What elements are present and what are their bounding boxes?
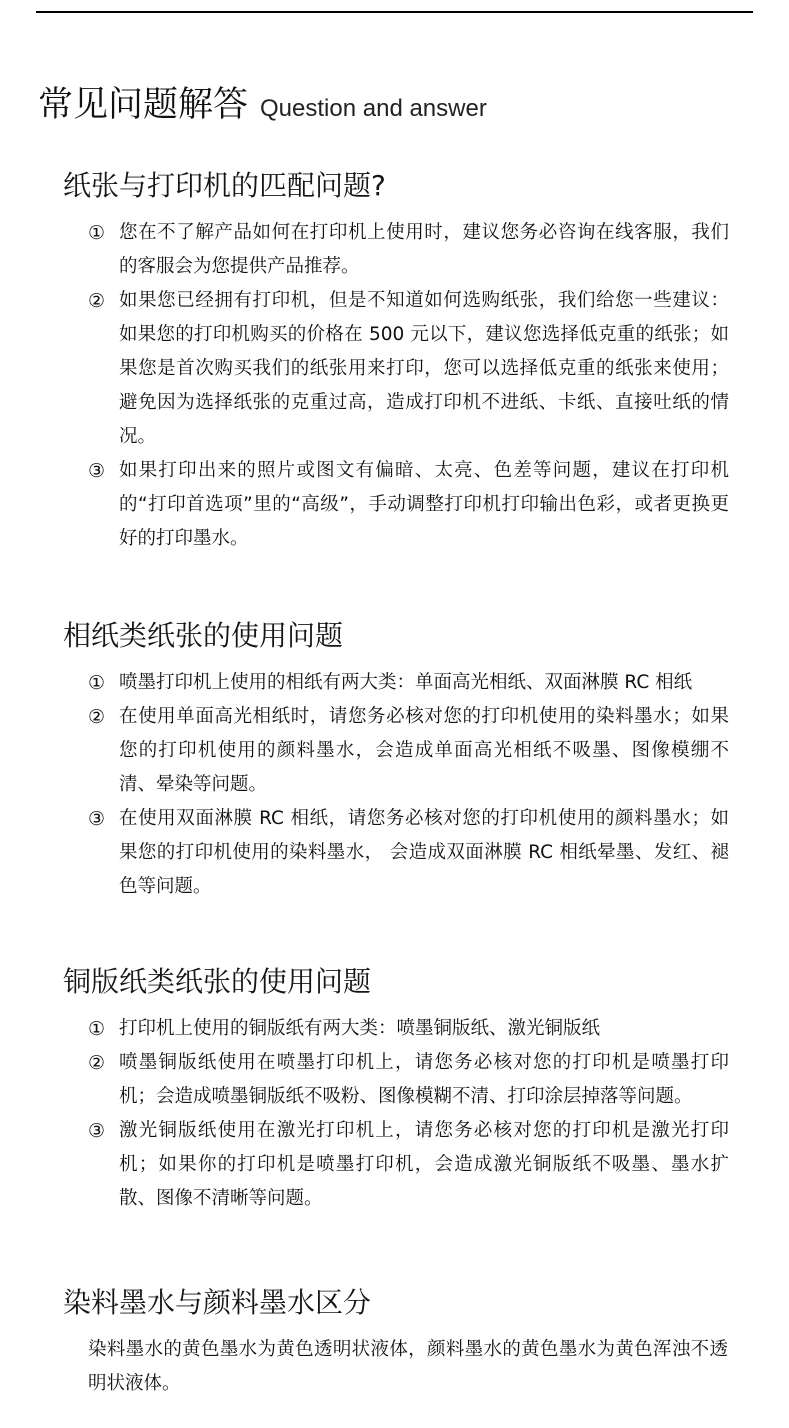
section-heading: 铜版纸类纸张的使用问题 (63, 962, 753, 1002)
faq-item-text: 如果您已经拥有打印机，但是不知道如何选购纸张，我们给您一些建议：如果您的打印机购… (119, 290, 729, 447)
faq-item-text: 您在不了解产品如何在打印机上使用时，建议您务必咨询在线客服，我们的客服会为您提供… (119, 222, 729, 277)
circled-number-3: ③ (88, 1114, 105, 1148)
faq-item-text: 在使用双面淋膜 RC 相纸，请您务必核对您的打印机使用的颜料墨水；如果您的打印机… (119, 808, 729, 897)
circled-number-1: ① (88, 216, 105, 250)
section-heading: 相纸类纸张的使用问题 (63, 616, 753, 656)
page-title-english: Question and answer (260, 95, 487, 122)
faq-item-text: 如果打印出来的照片或图文有偏暗、太亮、色差等问题，建议在打印机的“打印首选项”里… (119, 460, 729, 549)
faq-item-text: 喷墨铜版纸使用在喷墨打印机上，请您务必核对您的打印机是喷墨打印机；会造成喷墨铜版… (119, 1052, 729, 1107)
top-divider-rule (36, 11, 753, 13)
faq-item: ② 喷墨铜版纸使用在喷墨打印机上，请您务必核对您的打印机是喷墨打印机；会造成喷墨… (63, 1046, 729, 1114)
circled-number-1: ① (88, 666, 105, 700)
faq-item: ① 喷墨打印机上使用的相纸有两大类：单面高光相纸、双面淋膜 RC 相纸 (63, 666, 729, 700)
page-title-chinese: 常见问题解答 (38, 85, 248, 125)
section-paragraph: 染料墨水的黄色墨水为黄色透明状液体，颜料墨水的黄色墨水为黄色浑浊不透明状液体。 (63, 1333, 728, 1401)
faq-list: ① 喷墨打印机上使用的相纸有两大类：单面高光相纸、双面淋膜 RC 相纸 ② 在使… (63, 666, 753, 904)
circled-number-2: ② (88, 284, 105, 318)
faq-section-dye-vs-pigment-ink: 染料墨水与颜料墨水区分 染料墨水的黄色墨水为黄色透明状液体，颜料墨水的黄色墨水为… (63, 1283, 753, 1401)
faq-section-coated-paper: 铜版纸类纸张的使用问题 ① 打印机上使用的铜版纸有两大类：喷墨铜版纸、激光铜版纸… (63, 962, 753, 1216)
section-heading: 纸张与打印机的匹配问题? (63, 166, 753, 206)
faq-item: ② 在使用单面高光相纸时，请您务必核对您的打印机使用的染料墨水；如果您的打印机使… (63, 700, 729, 802)
faq-item: ① 打印机上使用的铜版纸有两大类：喷墨铜版纸、激光铜版纸 (63, 1012, 729, 1046)
faq-item: ② 如果您已经拥有打印机，但是不知道如何选购纸张，我们给您一些建议：如果您的打印… (63, 284, 729, 454)
circled-number-1: ① (88, 1012, 105, 1046)
faq-item: ③ 如果打印出来的照片或图文有偏暗、太亮、色差等问题，建议在打印机的“打印首选项… (63, 454, 729, 556)
circled-number-3: ③ (88, 454, 105, 488)
faq-section-photo-paper: 相纸类纸张的使用问题 ① 喷墨打印机上使用的相纸有两大类：单面高光相纸、双面淋膜… (63, 616, 753, 904)
faq-item-text: 打印机上使用的铜版纸有两大类：喷墨铜版纸、激光铜版纸 (119, 1018, 600, 1039)
faq-item-text: 激光铜版纸使用在激光打印机上，请您务必核对您的打印机是激光打印机；如果你的打印机… (119, 1120, 729, 1209)
faq-item: ① 您在不了解产品如何在打印机上使用时，建议您务必咨询在线客服，我们的客服会为您… (63, 216, 729, 284)
faq-list: ① 打印机上使用的铜版纸有两大类：喷墨铜版纸、激光铜版纸 ② 喷墨铜版纸使用在喷… (63, 1012, 753, 1216)
circled-number-3: ③ (88, 802, 105, 836)
circled-number-2: ② (88, 700, 105, 734)
faq-item: ③ 在使用双面淋膜 RC 相纸，请您务必核对您的打印机使用的颜料墨水；如果您的打… (63, 802, 729, 904)
section-heading: 染料墨水与颜料墨水区分 (63, 1283, 753, 1323)
faq-section-paper-printer-matching: 纸张与打印机的匹配问题? ① 您在不了解产品如何在打印机上使用时，建议您务必咨询… (63, 166, 753, 556)
page-title: 常见问题解答Question and answer (38, 82, 487, 134)
faq-item: ③ 激光铜版纸使用在激光打印机上，请您务必核对您的打印机是激光打印机；如果你的打… (63, 1114, 729, 1216)
faq-item-text: 喷墨打印机上使用的相纸有两大类：单面高光相纸、双面淋膜 RC 相纸 (119, 672, 692, 693)
circled-number-2: ② (88, 1046, 105, 1080)
faq-item-text: 在使用单面高光相纸时，请您务必核对您的打印机使用的染料墨水；如果您的打印机使用的… (119, 706, 729, 795)
faq-list: ① 您在不了解产品如何在打印机上使用时，建议您务必咨询在线客服，我们的客服会为您… (63, 216, 753, 556)
